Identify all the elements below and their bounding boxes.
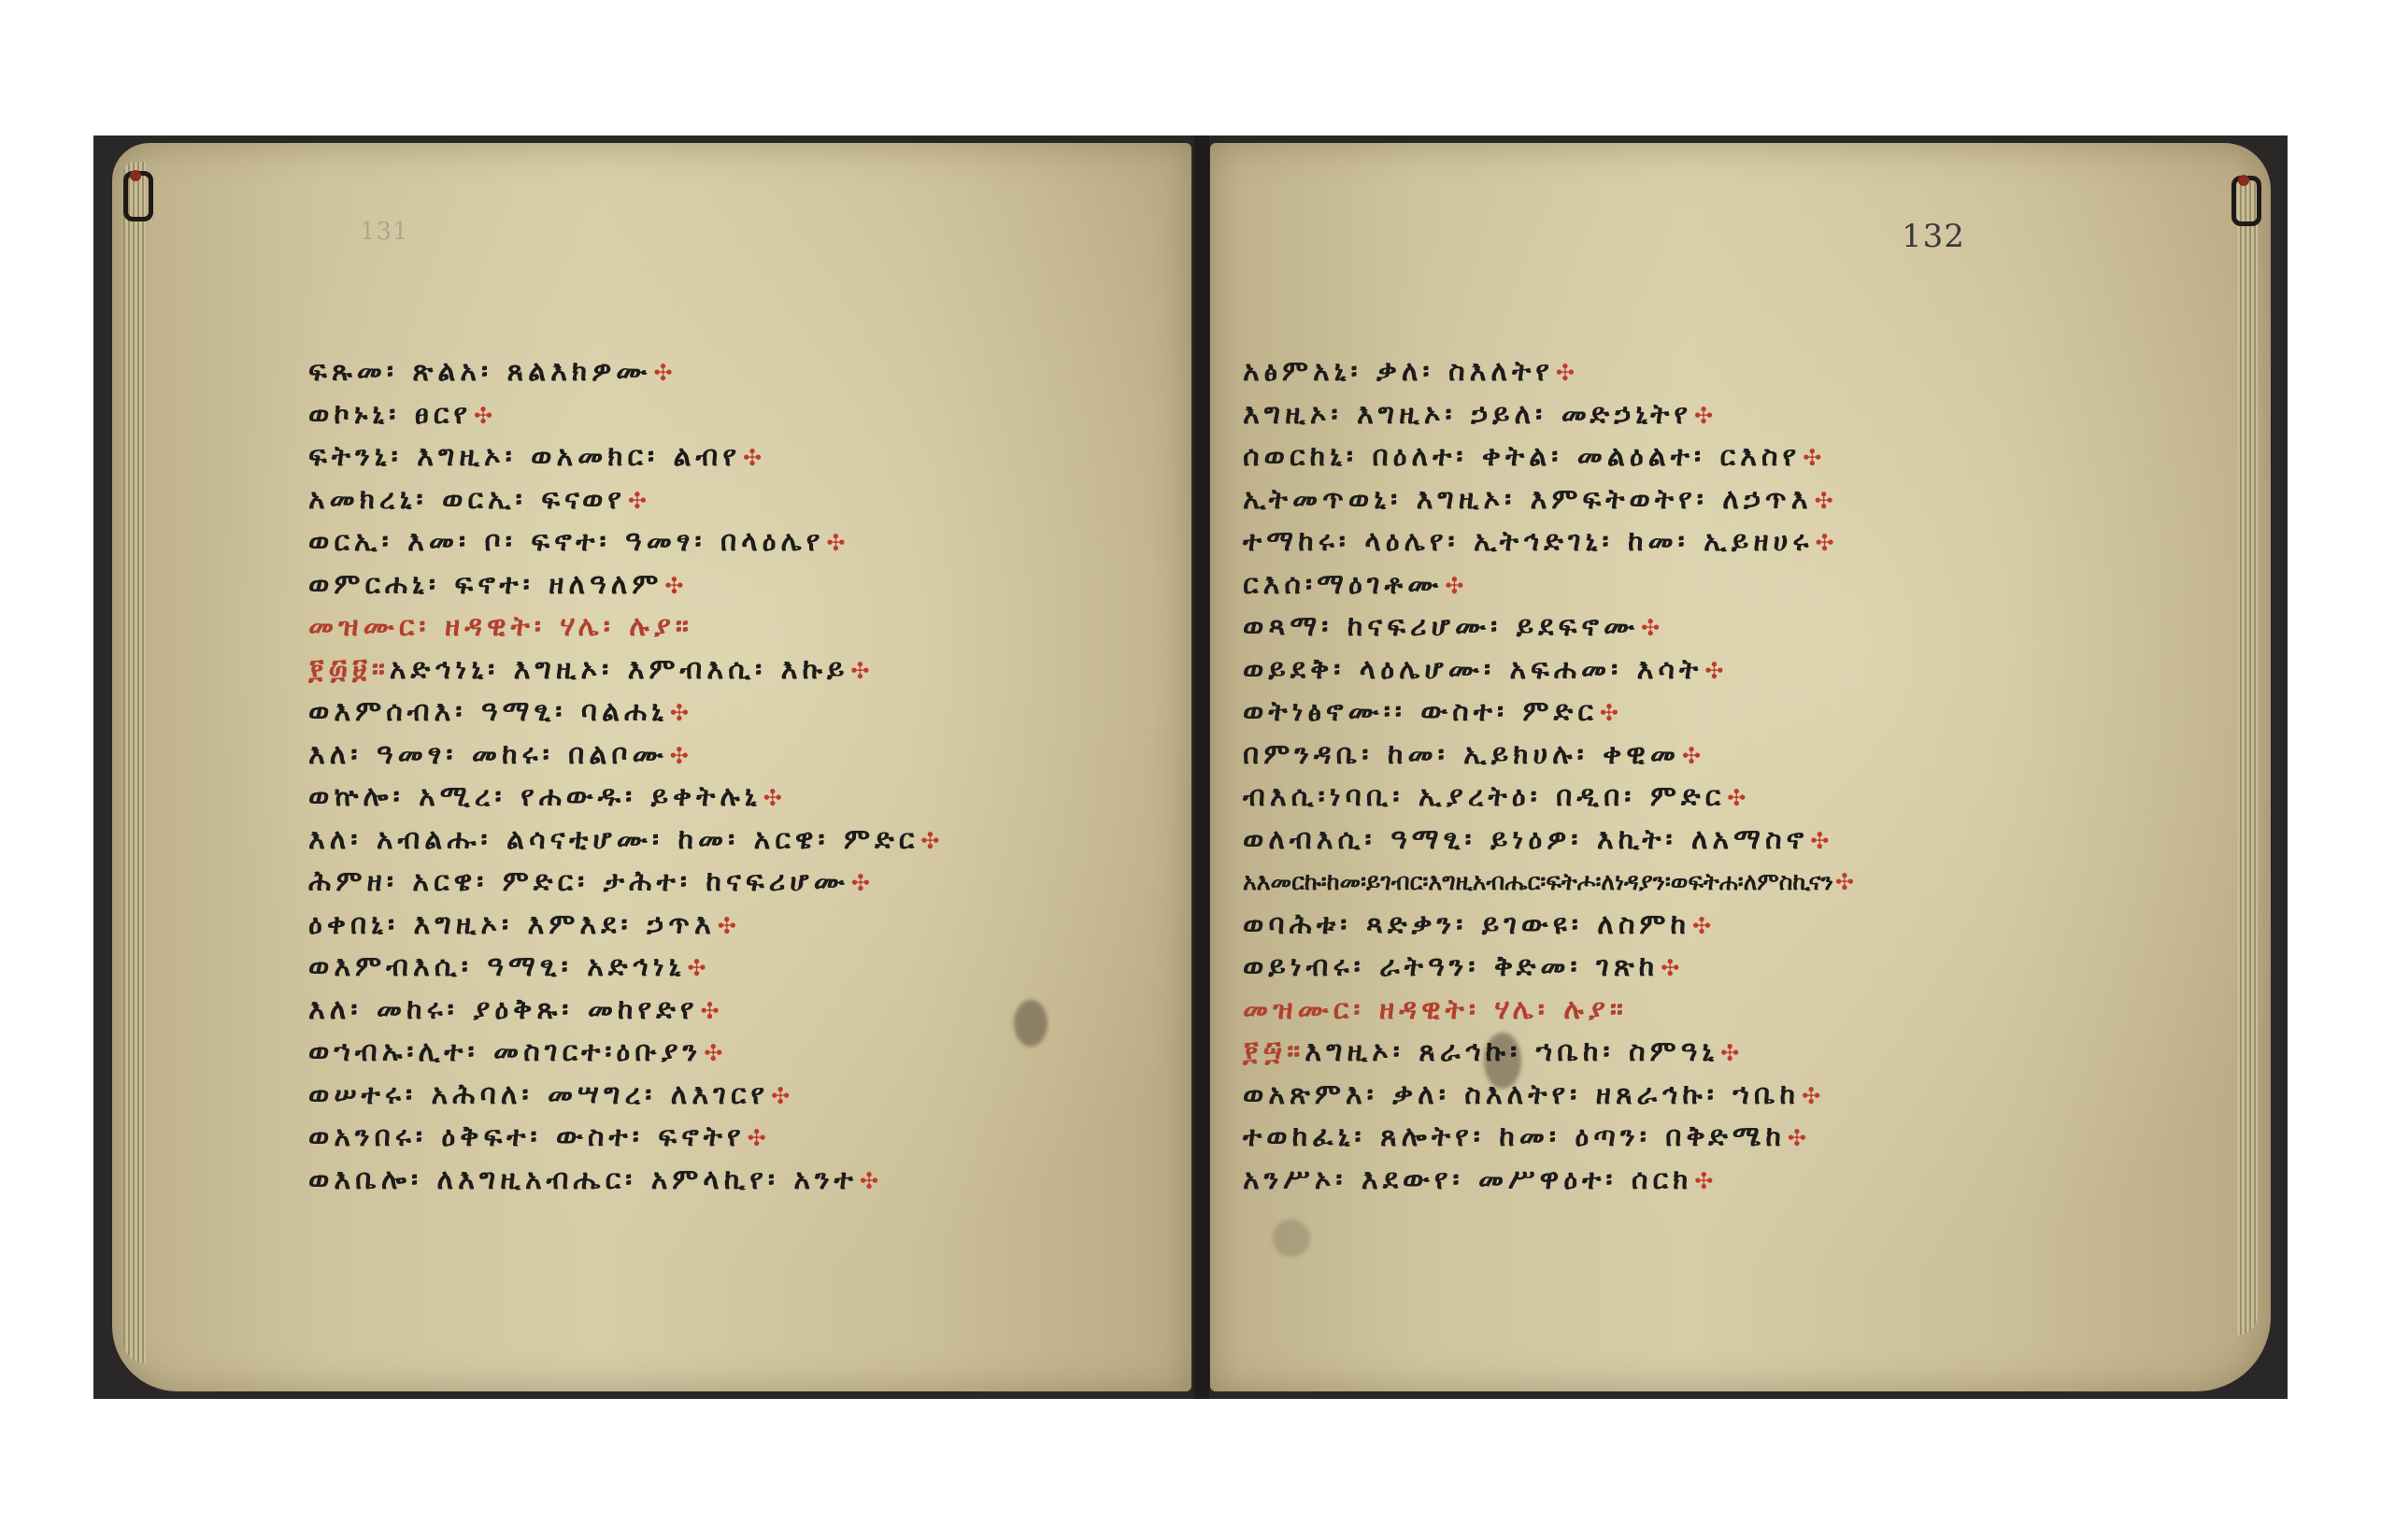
- line-text: ወኮኑኒ፡ ፀርየ: [308, 398, 472, 431]
- psalm-number: ፻፵።: [1243, 1035, 1305, 1068]
- line-text: ወአንበሩ፡ ዕቅፍተ፡ ውስተ፡ ፍኖትየ: [308, 1120, 746, 1153]
- cross-punctuation-icon: ✣: [851, 870, 875, 896]
- text-line: ፻፵።እግዚኦ፡ ጸራኅኩ፡ ኀቤከ፡ ስምዓኒ✣: [1243, 1031, 1854, 1074]
- manuscript-scan: 131 132 ፍጹመ፡ ጽልአ፡ ጸልእክዎሙ✣ወኮኑኒ፡ ፀርየ✣ፍትንኒ፡…: [93, 135, 2288, 1399]
- line-text: ወርኢ፡ እመ፡ ቦ፡ ፍኖተ፡ ዓመፃ፡ በላዕሌየ: [308, 525, 824, 558]
- text-line: ወአጽምእ፡ ቃለ፡ ስእለትየ፡ ዘጸራኅኩ፡ ኀቤከ✣: [1243, 1074, 1854, 1117]
- text-line: ወኵሎ፡ አሚረ፡ የሐውዱ፡ ይቀትሉኒ✣: [308, 776, 945, 819]
- cross-punctuation-icon: ✣: [1815, 488, 1838, 514]
- ink-stain: [1014, 1000, 1048, 1047]
- line-text: ወእምሰብእ፡ ዓማፂ፡ ባልሐኒ: [308, 695, 668, 728]
- line-text: አእመርኩ፡ከመ፡ይገብር፡እግዚአብሔር፡ፍትሖ፡ለነዳያን፡ወፍትሐ፡ለምስ…: [1243, 868, 1833, 895]
- text-line: አእመርኩ፡ከመ፡ይገብር፡እግዚአብሔር፡ፍትሖ፡ለነዳያን፡ወፍትሐ፡ለምስ…: [1243, 861, 1854, 904]
- cross-punctuation-icon: ✣: [670, 743, 693, 769]
- line-text: ወጻማ፡ ከናፍሪሆሙ፡ ይደፍኖሙ: [1243, 610, 1639, 643]
- right-fore-edge: [2237, 180, 2258, 1335]
- right-text-column: አፅምአኒ፡ ቃለ፡ ስእለትየ✣እግዚኦ፡ እግዚኦ፡ ኃይለ፡ መድኃኒትየ…: [1243, 350, 1854, 1201]
- line-text: ወትነፅኖሙ፡፡ ውስተ፡ ምድር: [1243, 695, 1598, 728]
- line-text: ወይነብሩ፡ ራትዓን፡ ቅድመ፡ ገጽከ: [1243, 950, 1659, 983]
- line-text: አድኅነኒ፡ እግዚኦ፡ እምብእሲ፡ እኩይ: [390, 653, 848, 686]
- cross-punctuation-icon: ✣: [664, 573, 688, 599]
- text-line: ፻፴፱።አድኅነኒ፡ እግዚኦ፡ እምብእሲ፡ እኩይ✣: [308, 649, 945, 692]
- line-text: ወባሕቱ፡ ጻድቃን፡ ይገውዩ፡ ለስምከ: [1243, 908, 1690, 941]
- line-text: ወይደቅ፡ ላዕሌሆሙ፡ አፍሐመ፡ እሳት: [1243, 653, 1703, 686]
- cross-punctuation-icon: ✣: [1556, 360, 1579, 386]
- cross-punctuation-icon: ✣: [701, 998, 724, 1024]
- line-text: ወምርሐኒ፡ ፍኖተ፡ ዘለዓለም: [308, 568, 663, 601]
- text-line: ዕቀበኒ፡ እግዚኦ፡ እምእደ፡ ኃጥእ✣: [308, 904, 945, 947]
- line-text: ወኀብኡ፡ሊተ፡ መስገርተ፡ዕቡያን: [308, 1035, 702, 1068]
- cross-punctuation-icon: ✣: [826, 530, 849, 556]
- line-text: እግዚኦ፡ እግዚኦ፡ ኃይለ፡ መድኃኒትየ: [1243, 398, 1692, 431]
- cross-punctuation-icon: ✣: [1835, 869, 1854, 895]
- text-line: ወእቤሎ፡ ለእግዚአብሔር፡ አምላኪየ፡ አንተ✣: [308, 1159, 945, 1202]
- text-line: ወጻማ፡ ከናፍሪሆሙ፡ ይደፍኖሙ✣: [1243, 606, 1854, 649]
- line-text: ወለብእሲ፡ ዓማፂ፡ ይነዕዎ፡ እኪት፡ ለአማስኖ: [1243, 823, 1808, 856]
- line-text: በምንዳቤ፡ ከመ፡ ኢይክሀሉ፡ ቀዊመ: [1243, 738, 1680, 771]
- text-line: ወአንበሩ፡ ዕቅፍተ፡ ውስተ፡ ፍኖትየ✣: [308, 1116, 945, 1159]
- cross-punctuation-icon: ✣: [850, 658, 874, 684]
- line-text: እለ፡ መከሩ፡ ያዕቅጹ፡ መከየድየ: [308, 993, 699, 1026]
- line-text: ኢትመጥወኒ፡ እግዚኦ፡ እምፍትወትየ፡ ለኃጥእ: [1243, 483, 1813, 516]
- text-line: እለ፡ መከሩ፡ ያዕቅጹ፡ መከየድየ✣: [308, 989, 945, 1032]
- text-line: አፅምአኒ፡ ቃለ፡ ስእለትየ✣: [1243, 350, 1854, 393]
- cross-punctuation-icon: ✣: [743, 445, 766, 471]
- text-line: እለ፡ አብልሑ፡ ልሳናቲሆሙ፡ ከመ፡ አርዌ፡ ምድር✣: [308, 819, 945, 862]
- cross-punctuation-icon: ✣: [474, 403, 497, 429]
- text-line: ወባሕቱ፡ ጻድቃን፡ ይገውዩ፡ ለስምከ✣: [1243, 904, 1854, 947]
- cross-punctuation-icon: ✣: [920, 828, 944, 854]
- text-line: አንሥኦ፡ እደውየ፡ መሥዋዕተ፡ ሰርክ✣: [1243, 1159, 1854, 1202]
- text-line: አመክረኒ፡ ወርኢ፡ ፍናወየ✣: [308, 478, 945, 521]
- text-line: ወእምሰብእ፡ ዓማፂ፡ ባልሐኒ✣: [308, 691, 945, 734]
- text-line: ወርኢ፡ እመ፡ ቦ፡ ፍኖተ፡ ዓመፃ፡ በላዕሌየ✣: [308, 520, 945, 563]
- left-fore-edge: [123, 162, 146, 1363]
- text-line: ፍትንኒ፡ እግዚኦ፡ ወአመክር፡ ልብየ✣: [308, 435, 945, 478]
- line-text: እግዚኦ፡ ጸራኅኩ፡ ኀቤከ፡ ስምዓኒ: [1305, 1035, 1718, 1068]
- ink-stain: [1273, 1219, 1310, 1257]
- text-line: በምንዳቤ፡ ከመ፡ ኢይክሀሉ፡ ቀዊመ✣: [1243, 734, 1854, 777]
- line-text: አንሥኦ፡ እደውየ፡ መሥዋዕተ፡ ሰርክ: [1243, 1163, 1692, 1196]
- cross-punctuation-icon: ✣: [1694, 1168, 1718, 1194]
- line-text: መዝሙር፡ ዘዳዊት፡ ሃሌ፡ ሉያ።: [308, 610, 693, 643]
- cross-punctuation-icon: ✣: [771, 1083, 794, 1109]
- text-line: ወእምብእሲ፡ ዓማፂ፡ አድኅነኒ✣: [308, 946, 945, 989]
- psalm-number: ፻፴፱።: [308, 653, 390, 686]
- text-line: ወይደቅ፡ ላዕሌሆሙ፡ አፍሐመ፡ እሳት✣: [1243, 649, 1854, 692]
- line-text: ርእሰ፡ማዕገቶሙ: [1243, 568, 1443, 601]
- text-line: ወኀብኡ፡ሊተ፡ መስገርተ፡ዕቡያን✣: [308, 1031, 945, 1074]
- text-line: ወሠተሩ፡ አሕባለ፡ መሣግረ፡ ለእገርየ✣: [308, 1074, 945, 1117]
- line-text: ፍጹመ፡ ጽልአ፡ ጸልእክዎሙ: [308, 355, 651, 388]
- line-text: ሰወርከኒ፡ በዕለተ፡ ቀትል፡ መልዕልተ፡ ርእስየ: [1243, 440, 1801, 473]
- text-line: ወይነብሩ፡ ራትዓን፡ ቅድመ፡ ገጽከ✣: [1243, 946, 1854, 989]
- text-line: ወትነፅኖሙ፡፡ ውስተ፡ ምድር✣: [1243, 691, 1854, 734]
- cross-punctuation-icon: ✣: [1682, 743, 1705, 769]
- cross-punctuation-icon: ✣: [718, 913, 741, 939]
- line-text: እለ፡ አብልሑ፡ ልሳናቲሆሙ፡ ከመ፡ አርዌ፡ ምድር: [308, 823, 919, 856]
- left-folio-bleed: 131: [360, 218, 409, 246]
- text-line: ሰወርከኒ፡ በዕለተ፡ ቀትል፡ መልዕልተ፡ ርእስየ✣: [1243, 435, 1854, 478]
- cross-punctuation-icon: ✣: [670, 700, 693, 726]
- left-text-column: ፍጹመ፡ ጽልአ፡ ጸልእክዎሙ✣ወኮኑኒ፡ ፀርየ✣ፍትንኒ፡ እግዚኦ፡ ወ…: [308, 350, 945, 1201]
- line-text: ዕቀበኒ፡ እግዚኦ፡ እምእደ፡ ኃጥእ: [308, 908, 716, 941]
- line-text: እለ፡ ዓመፃ፡ መከሩ፡ በልቦሙ: [308, 738, 668, 771]
- book-spine: [1194, 135, 1209, 1399]
- folio-number: 132: [1902, 218, 1965, 255]
- cross-punctuation-icon: ✣: [628, 488, 651, 514]
- line-text: ተማከሩ፡ ላዕሌየ፡ ኢትኅድገኒ፡ ከመ፡ ኢይዘሀሩ: [1243, 525, 1813, 558]
- cross-punctuation-icon: ✣: [1661, 955, 1684, 981]
- text-line: ብእሲ፡ነባቢ፡ ኢያረትዕ፡ በዲበ፡ ምድር✣: [1243, 776, 1854, 819]
- line-text: ፍትንኒ፡ እግዚኦ፡ ወአመክር፡ ልብየ: [308, 440, 741, 473]
- line-text: አመክረኒ፡ ወርኢ፡ ፍናወየ: [308, 483, 626, 516]
- cross-punctuation-icon: ✣: [1600, 700, 1623, 726]
- line-text: ወእምብእሲ፡ ዓማፂ፡ አድኅነኒ: [308, 950, 685, 983]
- cross-punctuation-icon: ✣: [1802, 1083, 1825, 1109]
- cross-punctuation-icon: ✣: [1803, 445, 1826, 471]
- text-line: እግዚኦ፡ እግዚኦ፡ ኃይለ፡ መድኃኒትየ✣: [1243, 393, 1854, 436]
- line-text: መዝሙር፡ ዘዳዊት፡ ሃሌ፡ ሉያ።: [1243, 993, 1628, 1026]
- cross-punctuation-icon: ✣: [1788, 1125, 1811, 1151]
- cross-punctuation-icon: ✣: [748, 1125, 771, 1151]
- cross-punctuation-icon: ✣: [1641, 615, 1664, 641]
- cross-punctuation-icon: ✣: [860, 1168, 883, 1194]
- left-binding-thread-icon: [123, 171, 153, 221]
- rubric-heading: መዝሙር፡ ዘዳዊት፡ ሃሌ፡ ሉያ።: [308, 606, 945, 649]
- rubric-heading: መዝሙር፡ ዘዳዊት፡ ሃሌ፡ ሉያ።: [1243, 989, 1854, 1032]
- text-line: ወለብእሲ፡ ዓማፂ፡ ይነዕዎ፡ እኪት፡ ለአማስኖ✣: [1243, 819, 1854, 862]
- line-text: ወእቤሎ፡ ለእግዚአብሔር፡ አምላኪየ፡ አንተ: [308, 1163, 858, 1196]
- cross-punctuation-icon: ✣: [687, 955, 710, 981]
- cross-punctuation-icon: ✣: [1694, 403, 1718, 429]
- text-line: ሕምዘ፡ አርዌ፡ ምድር፡ ታሕተ፡ ከናፍሪሆሙ✣: [308, 861, 945, 904]
- cross-punctuation-icon: ✣: [1815, 530, 1838, 556]
- text-line: እለ፡ ዓመፃ፡ መከሩ፡ በልቦሙ✣: [308, 734, 945, 777]
- cross-punctuation-icon: ✣: [1692, 913, 1716, 939]
- text-line: ፍጹመ፡ ጽልአ፡ ጸልእክዎሙ✣: [308, 350, 945, 393]
- cross-punctuation-icon: ✣: [704, 1040, 727, 1066]
- cross-punctuation-icon: ✣: [653, 360, 677, 386]
- text-line: ኢትመጥወኒ፡ እግዚኦ፡ እምፍትወትየ፡ ለኃጥእ✣: [1243, 478, 1854, 521]
- line-text: ወኵሎ፡ አሚረ፡ የሐውዱ፡ ይቀትሉኒ: [308, 780, 762, 813]
- cross-punctuation-icon: ✣: [1720, 1040, 1744, 1066]
- text-line: ወምርሐኒ፡ ፍኖተ፡ ዘለዓለም✣: [308, 563, 945, 606]
- cross-punctuation-icon: ✣: [1704, 658, 1728, 684]
- right-binding-thread-icon: [2231, 176, 2261, 226]
- line-text: ወአጽምእ፡ ቃለ፡ ስእለትየ፡ ዘጸራኅኩ፡ ኀቤከ: [1243, 1078, 1800, 1111]
- cross-punctuation-icon: ✣: [763, 785, 787, 811]
- line-text: ወሠተሩ፡ አሕባለ፡ መሣግረ፡ ለእገርየ: [308, 1078, 769, 1111]
- line-text: ተወከፈኒ፡ ጸሎትየ፡ ከመ፡ ዕጣን፡ በቅድሜከ: [1243, 1120, 1786, 1153]
- line-text: ሕምዘ፡ አርዌ፡ ምድር፡ ታሕተ፡ ከናፍሪሆሙ: [308, 865, 849, 898]
- text-line: ወኮኑኒ፡ ፀርየ✣: [308, 393, 945, 436]
- cross-punctuation-icon: ✣: [1727, 785, 1750, 811]
- cross-punctuation-icon: ✣: [1810, 828, 1833, 854]
- text-line: ተማከሩ፡ ላዕሌየ፡ ኢትኅድገኒ፡ ከመ፡ ኢይዘሀሩ✣: [1243, 520, 1854, 563]
- text-line: ርእሰ፡ማዕገቶሙ✣: [1243, 563, 1854, 606]
- line-text: ብእሲ፡ነባቢ፡ ኢያረትዕ፡ በዲበ፡ ምድር: [1243, 780, 1725, 813]
- cross-punctuation-icon: ✣: [1445, 573, 1468, 599]
- line-text: አፅምአኒ፡ ቃለ፡ ስእለትየ: [1243, 355, 1554, 388]
- text-line: ተወከፈኒ፡ ጸሎትየ፡ ከመ፡ ዕጣን፡ በቅድሜከ✣: [1243, 1116, 1854, 1159]
